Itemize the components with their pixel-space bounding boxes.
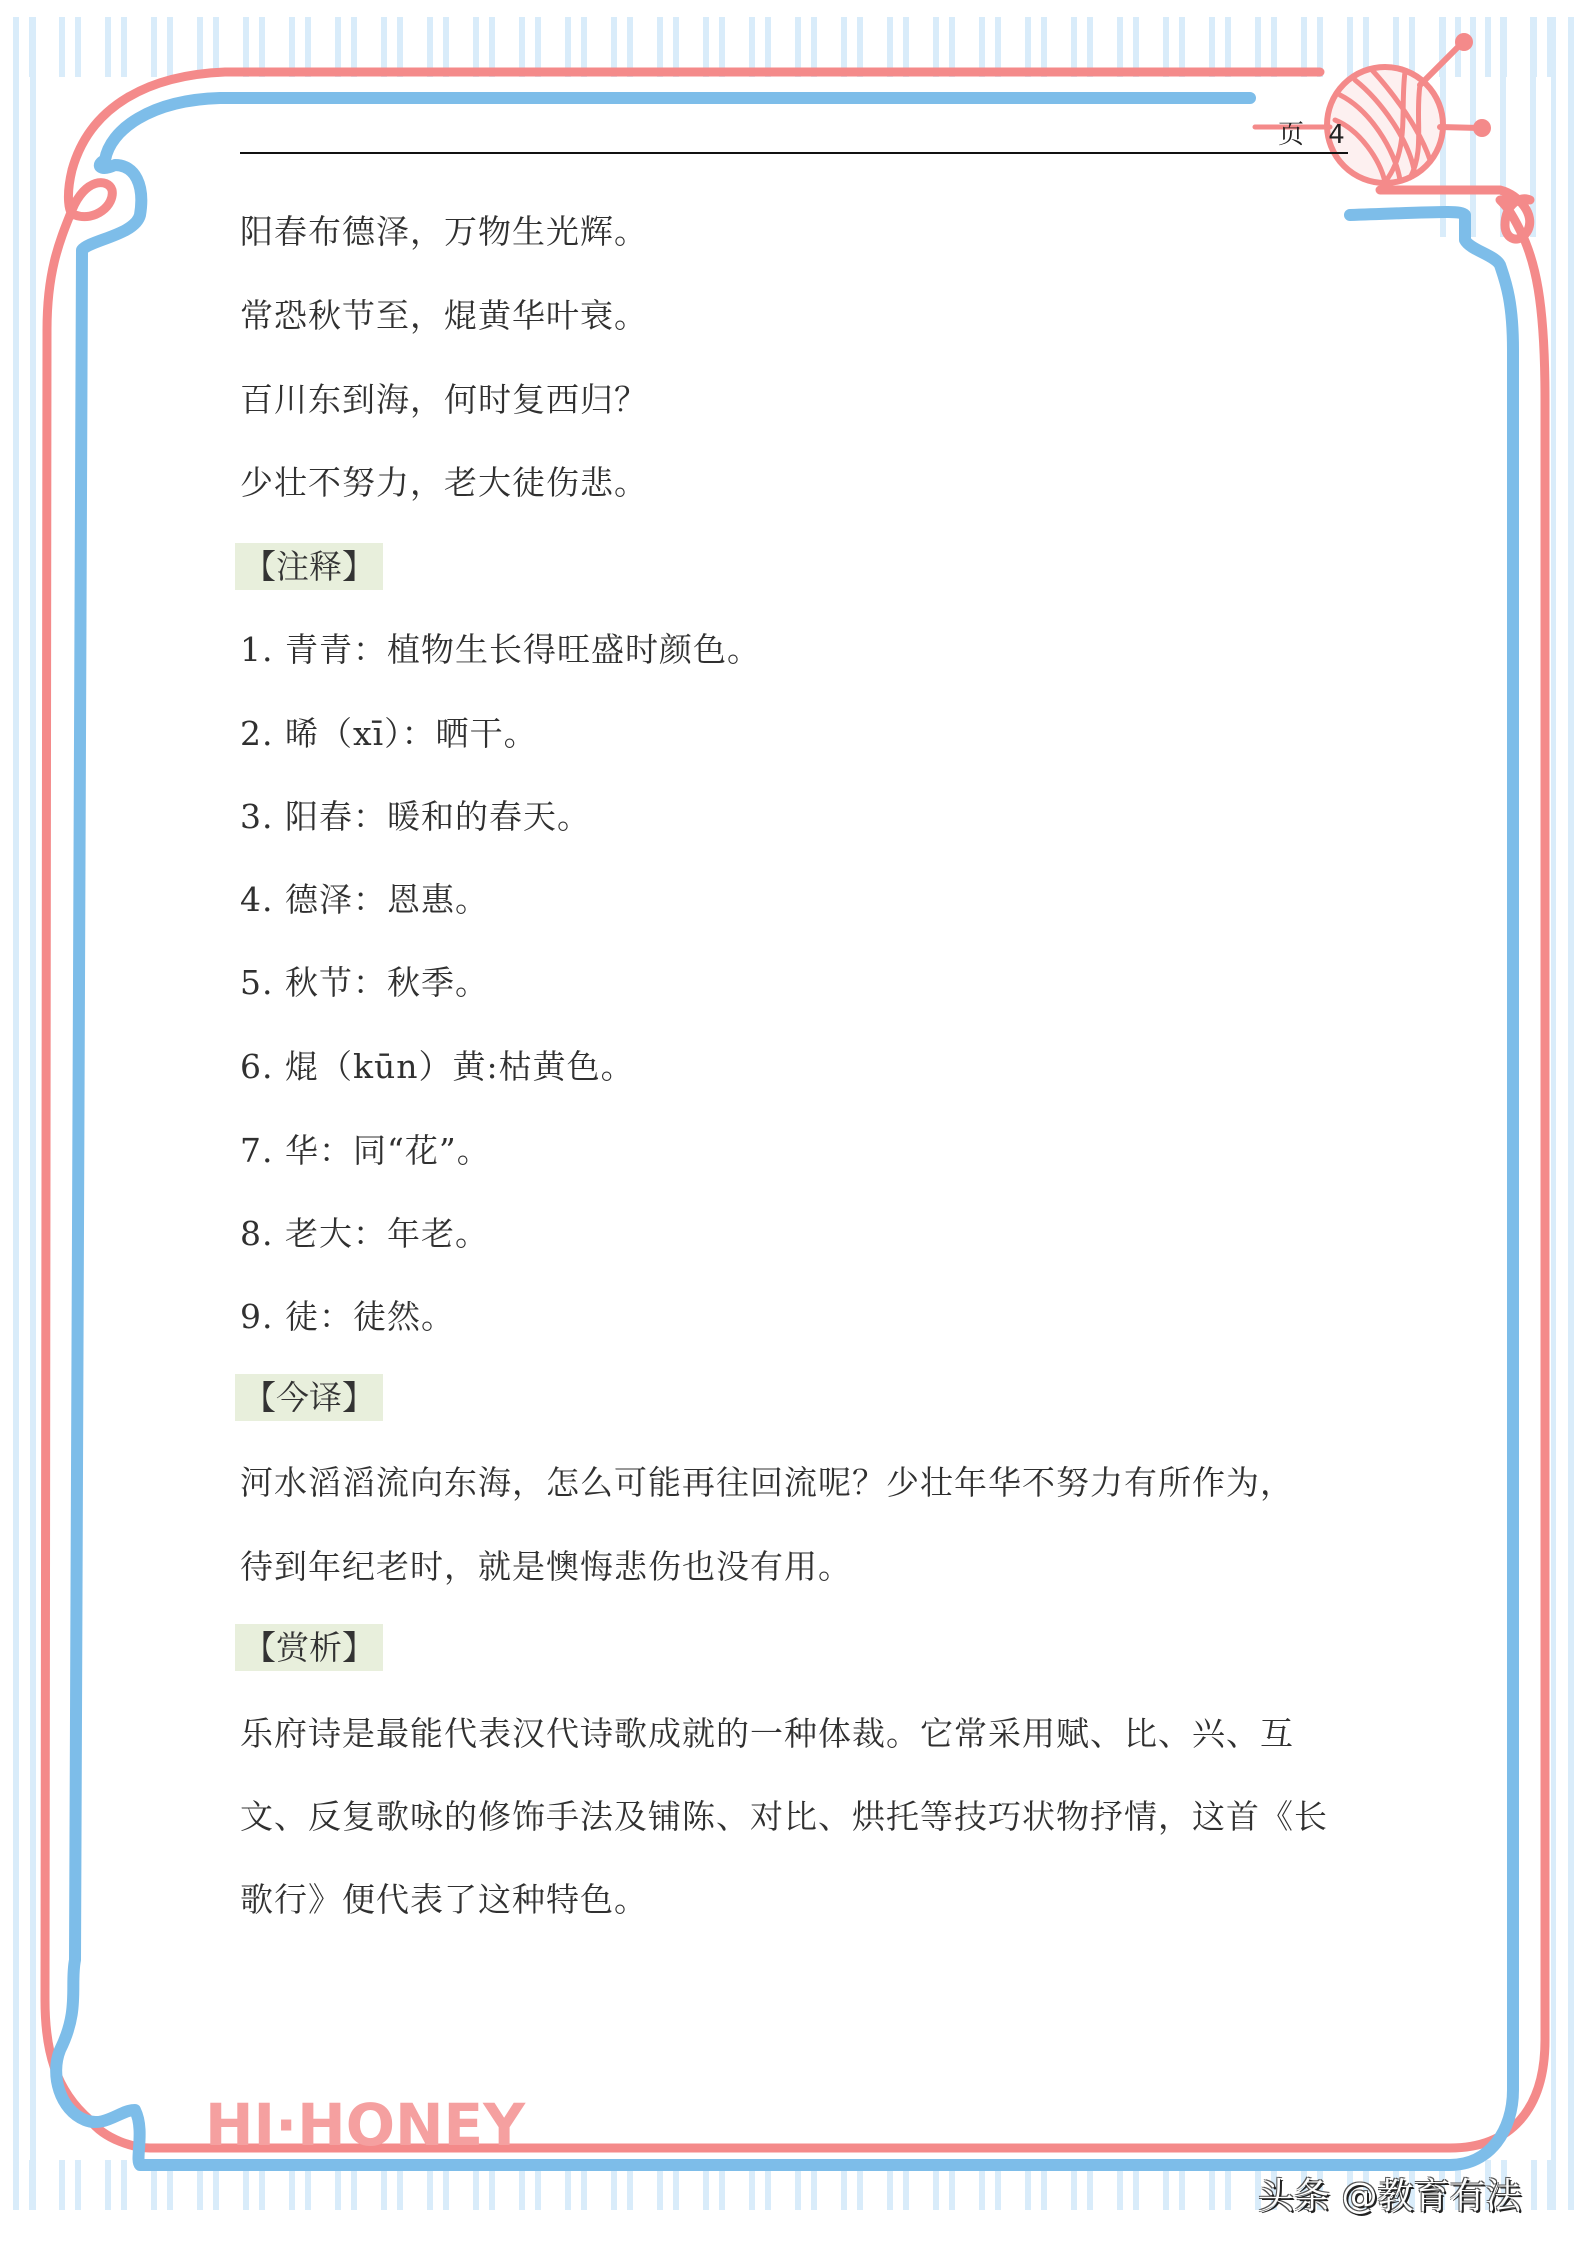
- section-heading-appreciation: 【赏析】: [235, 1624, 383, 1671]
- poem-line: 少壮不努力，老大徒伤悲。: [240, 463, 648, 503]
- appreciation-line: 乐府诗是最能代表汉代诗歌成就的一种体裁。它常采用赋、比、兴、互: [240, 1714, 1294, 1754]
- translation-line: 待到年纪老时，就是懊悔悲伤也没有用。: [240, 1547, 852, 1587]
- note-item: 7. 华：同“花”。: [240, 1131, 491, 1171]
- note-item: 8. 老大：年老。: [240, 1214, 489, 1254]
- appreciation-line: 歌行》便代表了这种特色。: [240, 1880, 648, 1920]
- hi-honey-logo: HI·HONEY: [205, 2060, 535, 2160]
- note-item: 2. 晞（xī）：晒干。: [240, 714, 538, 754]
- note-item: 3. 阳春：暖和的春天。: [240, 797, 591, 837]
- section-heading-translation: 【今译】: [235, 1374, 383, 1421]
- note-item: 4. 德泽：恩惠。: [240, 880, 489, 920]
- poem-line: 百川东到海，何时复西归？: [240, 380, 648, 420]
- poem-line: 常恐秋节至，焜黄华叶衰。: [240, 296, 648, 336]
- poem-line: 阳春布德泽，万物生光辉。: [240, 212, 648, 252]
- note-item: 5. 秋节：秋季。: [240, 963, 489, 1003]
- note-item: 9. 徒：徒然。: [240, 1297, 455, 1337]
- watermark: 头条 @教育有法: [1258, 2168, 1521, 2219]
- decorative-frame: [0, 0, 1587, 2245]
- translation-line: 河水滔滔流向东海，怎么可能再往回流呢？少壮年华不努力有所作为，: [240, 1463, 1294, 1503]
- appreciation-line: 文、反复歌咏的修饰手法及铺陈、对比、烘托等技巧状物抒情，这首《长: [240, 1797, 1328, 1837]
- svg-text:HI·HONEY: HI·HONEY: [205, 2091, 526, 2159]
- header-rule: [240, 152, 1348, 154]
- section-heading-notes: 【注释】: [235, 543, 383, 590]
- note-item: 6. 焜（kūn）黄:枯黄色。: [240, 1047, 635, 1087]
- yarn-ball-icon: [1255, 33, 1491, 183]
- page-number: 页 4: [1278, 114, 1353, 151]
- note-item: 1. 青青：植物生长得旺盛时颜色。: [240, 630, 761, 670]
